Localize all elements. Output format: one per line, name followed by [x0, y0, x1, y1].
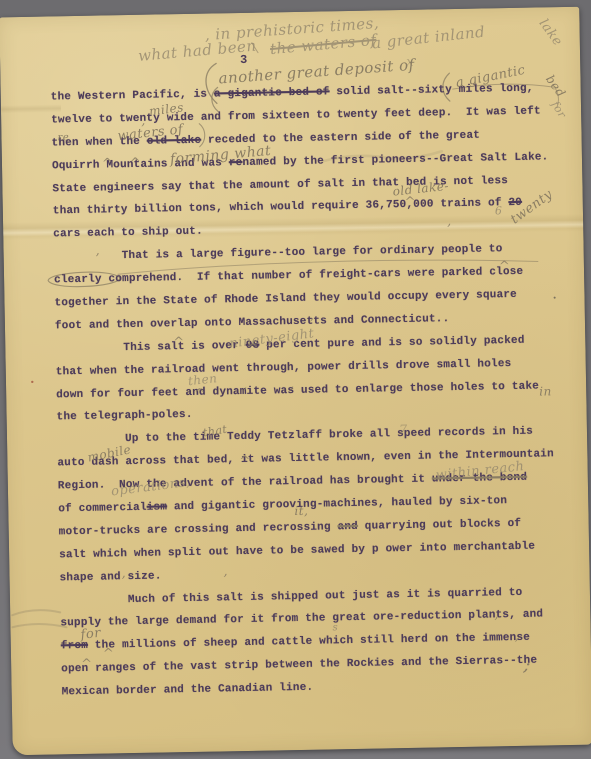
- pencil-mark: ,: [141, 115, 145, 128]
- pencil-mark: ,: [95, 245, 99, 258]
- note-it: it,: [294, 504, 308, 518]
- typed-text: cars each to ship out.: [53, 226, 203, 241]
- typed-text: named by the first pioneers--Great Salt …: [242, 151, 548, 169]
- typed-text: shape and size.: [59, 570, 161, 584]
- pencil-mark: ^: [81, 658, 92, 671]
- pencil-mark: ,: [494, 608, 498, 621]
- note-six: 6: [495, 204, 503, 217]
- pencil-mark: ^: [239, 455, 250, 468]
- typed-text: salt which when split out have to be saw…: [59, 540, 535, 561]
- pencil-mark: ^: [102, 157, 113, 170]
- pencil-mark: ^: [130, 157, 141, 170]
- typed-text: receded to the eastern side of the great: [201, 129, 480, 146]
- typed-text: together in the State of Rhode Island th…: [54, 289, 517, 309]
- pencil-mark: ^: [405, 196, 416, 209]
- note-lake-edge: lake: [536, 16, 565, 49]
- typed-text: That is a large figure--too large for or…: [54, 243, 503, 263]
- pencil-mark: •: [30, 379, 35, 387]
- pencil-mark: ^: [247, 343, 258, 356]
- pencil-mark: ^: [103, 647, 114, 660]
- pencil-mark: ,: [447, 215, 451, 228]
- typed-text: open ranges of the vast strip between th…: [61, 655, 537, 676]
- struck-text: ism: [147, 501, 168, 513]
- typed-text: down for four feet and dynamite was used…: [56, 380, 539, 401]
- typed-text: twelve to twenty wide and from sixteen t…: [51, 105, 541, 126]
- note-a-great-inland: a great inland: [371, 23, 486, 53]
- typed-text: quarrying out blocks of: [358, 518, 521, 533]
- editing-marks-layer: ^^,^,,^,^^,,^^7,,,,^^x••: [0, 7, 579, 18]
- typed-text: motor-trucks are crossing and recrossing: [59, 521, 338, 538]
- note-for-edge: for: [549, 99, 569, 121]
- pencil-mark: •: [552, 295, 556, 302]
- typed-text: clearly comprehend. If that number of fr…: [54, 266, 523, 287]
- typed-text: foot and then overlap onto Massachusetts…: [55, 313, 450, 332]
- pencil-mark: ^: [499, 260, 510, 273]
- typed-text: that when the railroad went through, pow…: [56, 358, 512, 378]
- pencil-stroke: [12, 610, 66, 629]
- struck-text: a gigantic bed of: [214, 86, 330, 100]
- pencil-mark: ,: [121, 567, 125, 580]
- pencil-mark: ,: [290, 378, 294, 391]
- pencil-mark: ^: [173, 336, 184, 349]
- typed-text: solid salt--sixty miles long,: [329, 83, 533, 99]
- pencil-mark: 7: [399, 424, 408, 437]
- note-in: in: [539, 384, 552, 398]
- typed-text: the Western Pacific, is: [51, 88, 214, 103]
- typed-text: This salt is over: [55, 340, 246, 355]
- pencil-mark: ,: [310, 310, 314, 323]
- typed-text: than thirty billion tons, which would re…: [53, 198, 509, 218]
- typed-text: and gigantic grooving-machines, hauled b…: [167, 495, 507, 513]
- pencil-mark: ,: [243, 379, 247, 392]
- annotations-layer: , in prehistoric times,what had beenthe …: [0, 7, 579, 18]
- manuscript-page: 3 the Western Pacific, is a gigantic bed…: [0, 7, 591, 756]
- struck-text: and: [337, 521, 358, 533]
- typed-text: supply the large demand for it from the …: [60, 609, 543, 630]
- pencil-mark: ^: [194, 388, 205, 401]
- typed-text: the telegraph-poles.: [57, 409, 193, 423]
- typed-text: the millions of sheep and cattle which s…: [88, 632, 530, 652]
- pencil-mark: x: [406, 56, 414, 69]
- pencil-mark: ,: [223, 565, 227, 578]
- note-for: for: [80, 626, 102, 643]
- pencil-mark: ,: [515, 630, 519, 643]
- typed-text-block: the Western Pacific, is a gigantic bed o…: [51, 77, 559, 704]
- typed-text: of commercial: [58, 502, 147, 516]
- note-s: s: [332, 622, 338, 633]
- typed-text: Much of this salt is shipped out just as…: [60, 586, 523, 606]
- note-re: re: [57, 132, 69, 143]
- typed-text: Mexican border and the Canadian line.: [62, 682, 314, 699]
